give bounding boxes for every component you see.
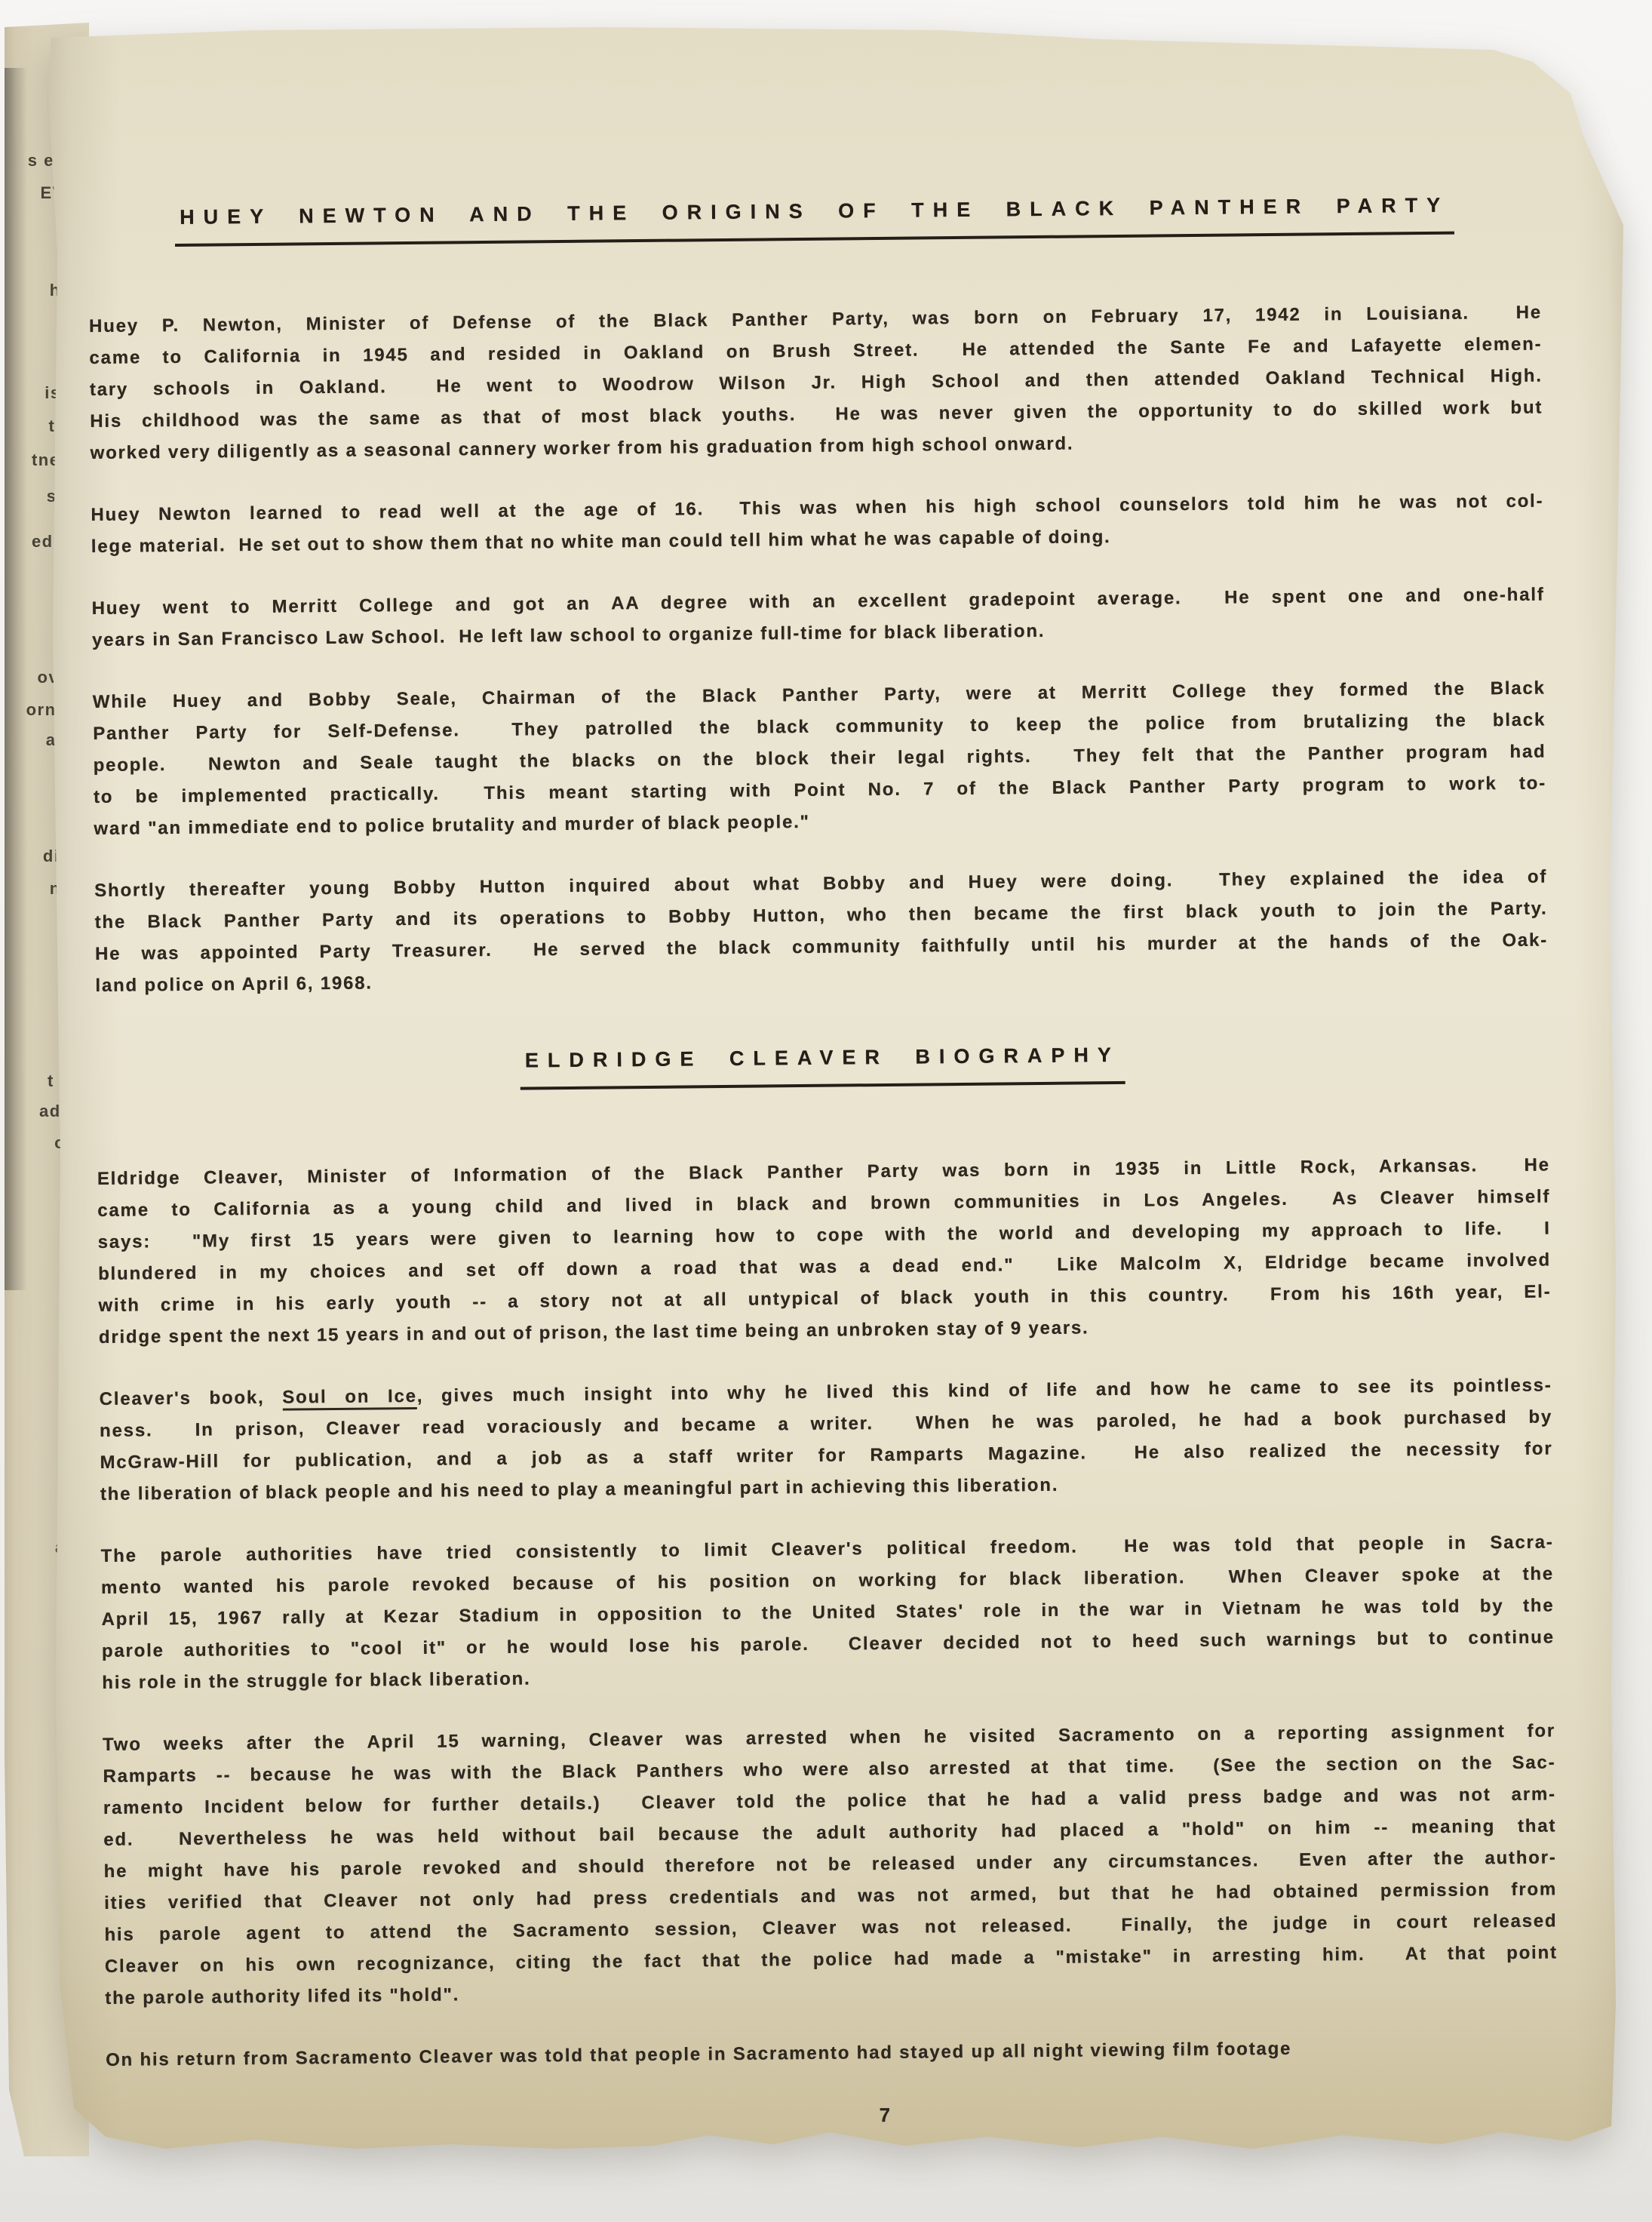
- paragraph: Shortly thereafter young Bobby Hutton in…: [94, 862, 1549, 1002]
- document-page: HUEY NEWTON AND THE ORIGINS OF THE BLACK…: [30, 27, 1628, 2162]
- document-page-wrap: HUEY NEWTON AND THE ORIGINS OF THE BLACK…: [0, 0, 1652, 2222]
- photo-backdrop: s evi-EVEhelis athetnes-sir-ed toyoveror…: [0, 0, 1652, 2222]
- section-heading-huey-newton: HUEY NEWTON AND THE ORIGINS OF THE BLACK…: [175, 189, 1454, 247]
- paragraph: The parole authorities have tried consis…: [101, 1526, 1555, 1698]
- text-line: On his return from Sacramento Cleaver wa…: [106, 2030, 1558, 2076]
- paragraph: Eldridge Cleaver, Minister of Informatio…: [97, 1150, 1552, 1354]
- paragraph: Huey P. Newton, Minister of Defense of t…: [89, 297, 1543, 469]
- paragraph: Huey went to Merritt College and got an …: [91, 579, 1545, 656]
- section-paragraphs: Huey P. Newton, Minister of Defense of t…: [89, 297, 1549, 1002]
- section-heading-wrap: ELDRIDGE CLEAVER BIOGRAPHY: [96, 1035, 1549, 1094]
- section-eldridge-cleaver: ELDRIDGE CLEAVER BIOGRAPHY Eldridge Clea…: [96, 1035, 1558, 2076]
- paragraph: On his return from Sacramento Cleaver wa…: [106, 2030, 1558, 2076]
- section-paragraphs: Eldridge Cleaver, Minister of Informatio…: [97, 1150, 1559, 2076]
- section-heading-eldridge-cleaver: ELDRIDGE CLEAVER BIOGRAPHY: [520, 1039, 1125, 1090]
- section-huey-newton: HUEY NEWTON AND THE ORIGINS OF THE BLACK…: [88, 189, 1548, 1002]
- page-content: HUEY NEWTON AND THE ORIGINS OF THE BLACK…: [88, 189, 1559, 2138]
- paragraph: While Huey and Bobby Seale, Chairman of …: [93, 673, 1547, 845]
- paragraph: Cleaver's book, Soul on Ice, gives much …: [100, 1369, 1554, 1510]
- paragraph: Huey Newton learned to read well at the …: [91, 486, 1544, 563]
- section-heading-wrap: HUEY NEWTON AND THE ORIGINS OF THE BLACK…: [88, 189, 1540, 247]
- underlined-book-title: Soul on Ice: [282, 1386, 417, 1411]
- paragraph: Two weeks after the April 15 warning, Cl…: [103, 1715, 1558, 2014]
